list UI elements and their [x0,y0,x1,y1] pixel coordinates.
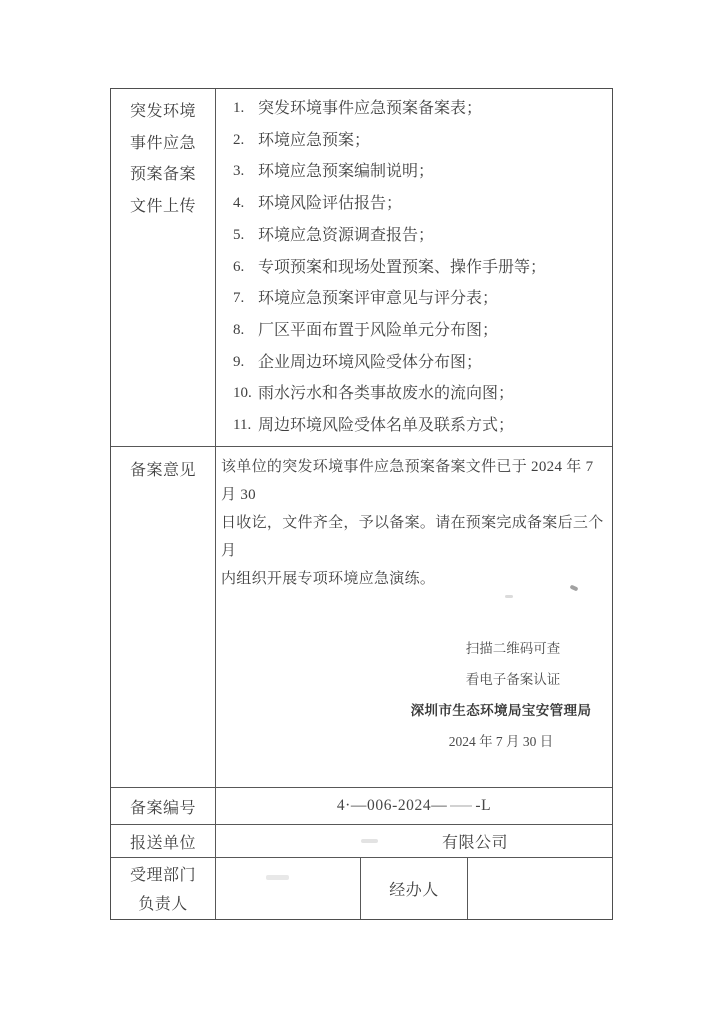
item-text: 周边环境风险受体名单及联系方式； [258,410,514,442]
redacted-segment [450,805,472,815]
item-number: 11. [233,410,258,442]
item-text: 环境应急预案编制说明； [258,156,434,188]
list-item: 2.环境应急预案； [233,125,608,157]
item-text: 雨水污水和各类事故废水的流向图； [258,378,514,410]
item-text: 突发环境事件应急预案备案表； [258,93,482,125]
item-number: 1. [233,93,258,125]
item-text: 环境应急预案评审意见与评分表； [258,283,498,315]
item-number: 4. [233,188,258,220]
opinion-line: 该单位的突发环境事件应急预案备案文件已于 2024 年 7 月 30 [221,453,604,509]
acceptance-label-line: 受理部门 [111,861,215,890]
upload-label-line: 文件上传 [111,191,215,223]
upload-files-row: 突发环境 事件应急 预案备案 文件上传 1.突发环境事件应急预案备案表； 2.环… [111,89,612,446]
upload-files-list: 1.突发环境事件应急预案备案表； 2.环境应急预案； 3.环境应急预案编制说明；… [216,89,612,446]
filing-number-prefix: 4·—006-2024— [337,797,448,815]
filing-number-suffix: -L [475,797,491,815]
stamp-remnant-mark [505,595,513,598]
filing-opinion-label: 备案意见 [111,447,216,788]
item-number: 2. [233,125,258,157]
filing-form-table: 突发环境 事件应急 预案备案 文件上传 1.突发环境事件应急预案备案表； 2.环… [110,88,613,920]
list-item: 9.企业周边环境风险受体分布图； [233,347,608,379]
item-number: 9. [233,347,258,379]
submitting-unit-content: 有限公司 [216,825,612,857]
item-number: 8. [233,315,258,347]
item-number: 5. [233,220,258,252]
item-text: 环境风险评估报告； [258,188,402,220]
item-text: 环境应急资源调查报告； [258,220,434,252]
opinion-line: 内组织开展专项环境应急演练。 [221,565,604,593]
authority-signature-block: 扫描二维码可查 看电子备案认证 深圳市生态环境局宝安管理局 2024 年 7 月… [391,633,611,757]
redacted-company-name [361,839,378,843]
list-item: 4.环境风险评估报告； [233,188,608,220]
acceptance-row: 受理部门 负责人 经办人 [111,857,612,919]
filing-number-content: 4·—006-2024— -L [216,788,612,824]
filing-date: 2024 年 7 月 30 日 [391,726,611,757]
list-item: 3.环境应急预案编制说明； [233,156,608,188]
item-text: 企业周边环境风险受体分布图； [258,347,482,379]
filing-number-row: 备案编号 4·—006-2024— -L [111,787,612,824]
upload-label-line: 突发环境 [111,96,215,128]
filing-number-value: 4·—006-2024— -L [216,788,612,824]
filing-opinion-row: 备案意见 该单位的突发环境事件应急预案备案文件已于 2024 年 7 月 30 … [111,446,612,788]
upload-label-line: 事件应急 [111,128,215,160]
handler-label: 经办人 [361,858,468,919]
list-item: 10.雨水污水和各类事故废水的流向图； [233,378,608,410]
item-number: 7. [233,283,258,315]
filing-opinion-content: 该单位的突发环境事件应急预案备案文件已于 2024 年 7 月 30 日收讫，文… [216,447,612,788]
item-text: 环境应急预案； [258,125,370,157]
acceptance-dept-label: 受理部门 负责人 [111,858,216,919]
submitting-unit-label: 报送单位 [111,825,216,857]
list-item: 7.环境应急预案评审意见与评分表； [233,283,608,315]
filing-number-label: 备案编号 [111,788,216,824]
item-number: 3. [233,156,258,188]
opinion-paragraph: 该单位的突发环境事件应急预案备案文件已于 2024 年 7 月 30 日收讫，文… [216,447,612,593]
list-item: 11.周边环境风险受体名单及联系方式； [233,410,608,442]
acceptance-label-line: 负责人 [111,890,215,919]
list-item: 1.突发环境事件应急预案备案表； [233,93,608,125]
item-text: 专项预案和现场处置预案、操作手册等； [258,252,546,284]
submitting-unit-value: 有限公司 [442,830,508,853]
qr-note-line: 扫描二维码可查 [415,633,611,664]
item-text: 厂区平面布置于风险单元分布图； [258,315,498,347]
upload-label-line: 预案备案 [111,159,215,191]
authority-name: 深圳市生态环境局宝安管理局 [391,695,611,726]
item-number: 10. [233,378,258,410]
opinion-line: 日收讫，文件齐全，予以备案。请在预案完成备案后三个月 [221,509,604,565]
qr-note-line: 看电子备案认证 [415,664,611,695]
list-item: 6.专项预案和现场处置预案、操作手册等； [233,252,608,284]
item-number: 6. [233,252,258,284]
list-item: 5.环境应急资源调查报告； [233,220,608,252]
submitting-unit-row: 报送单位 有限公司 [111,824,612,857]
upload-files-label: 突发环境 事件应急 预案备案 文件上传 [111,89,216,446]
list-item: 8.厂区平面布置于风险单元分布图； [233,315,608,347]
handler-signature-cell [468,858,612,919]
stamp-remnant-mark [266,875,289,880]
acceptance-dept-signature-cell [216,858,361,919]
scanned-document-page: { "page": { "table": { "upload": { "labe… [0,0,723,1023]
